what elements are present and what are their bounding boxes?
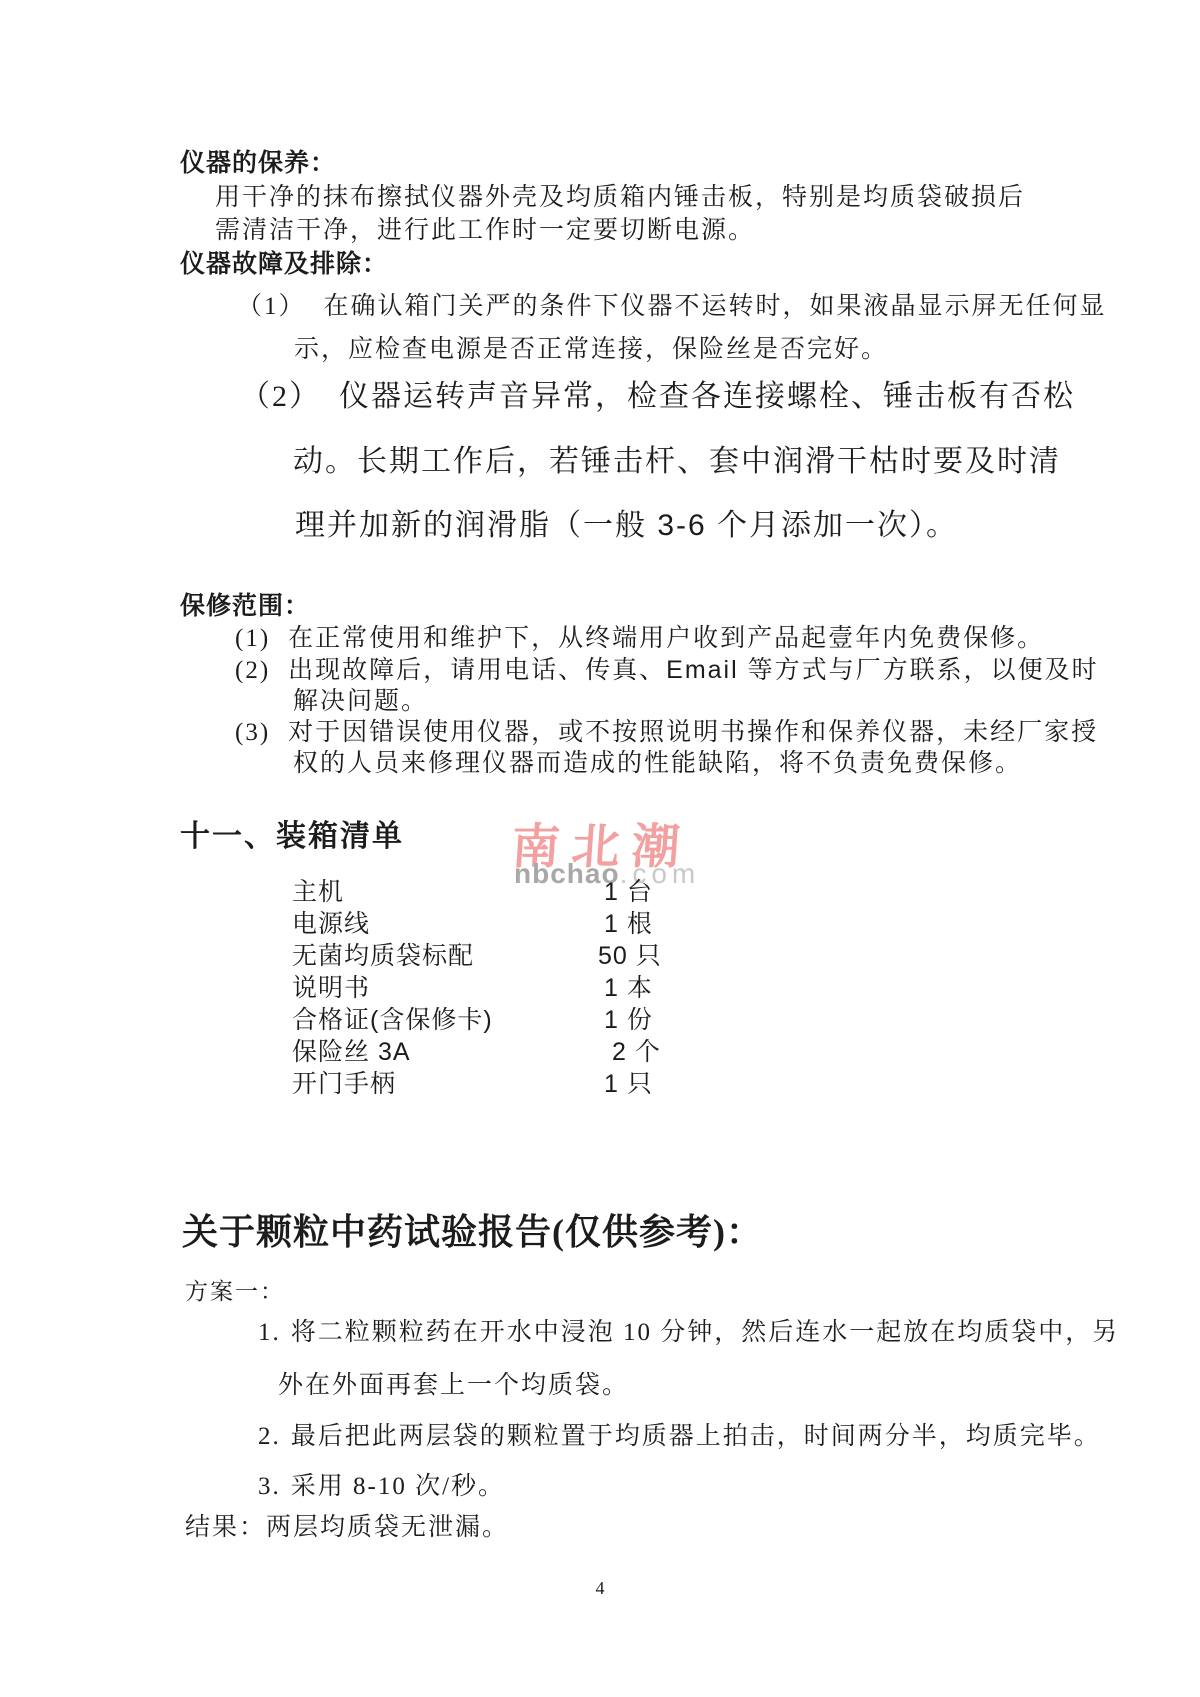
warranty-item-1-text: 在正常使用和维护下，从终端用户收到产品起壹年内免费保修。 <box>288 624 1044 652</box>
report-plan-label: 方案一： <box>185 1278 285 1307</box>
packing-item-label: 无菌均质袋标配 <box>292 942 474 970</box>
packing-item-label: 说明书 <box>292 974 370 1002</box>
troubleshooting-item-2-text: 仪器运转声音异常，检查各连接螺栓、锤击板有否松 <box>339 380 1075 413</box>
document-page: 南北潮 nbchao.com 仪器的保养： 用干净的抹布擦拭仪器外壳及均质箱内锤… <box>0 0 1200 1697</box>
troubleshooting-item-1-text: 在确认箱门关严的条件下仪器不运转时，如果液晶显示屏无任何显 <box>324 292 1107 320</box>
packing-item-label: 合格证(含保修卡) <box>292 1006 493 1034</box>
troubleshooting-item-2-line-1: （2）仪器运转声音异常，检查各连接螺栓、锤击板有否松 <box>240 378 1075 416</box>
troubleshooting-item-1-line-1: （1）在确认箱门关严的条件下仪器不运转时，如果液晶显示屏无任何显 <box>237 291 1107 322</box>
warranty-item-2-number: (2) <box>235 657 270 684</box>
warranty-item-3-number: (3) <box>235 719 270 746</box>
page-number: 4 <box>0 1578 1200 1599</box>
warranty-item-2-line-1: (2)出现故障后，请用电话、传真、Email 等方式与厂方联系，以便及时 <box>235 655 1099 686</box>
packing-item-qty: 1 本 <box>604 973 653 1004</box>
packing-row-7: 开门手柄 1 只 <box>292 1069 493 1101</box>
troubleshooting-item-1-number: （1） <box>237 293 306 320</box>
packing-list: 主机 1 台 电源线 1 根 无菌均质袋标配 50 只 说明书 1 本 合格证(… <box>292 877 493 1101</box>
packing-item-qty: 50 只 <box>598 941 662 972</box>
warranty-item-1-number: (1) <box>235 625 270 652</box>
packing-item-qty: 1 份 <box>604 1005 653 1036</box>
packing-heading: 十一、装箱清单 <box>180 818 404 856</box>
maintenance-line-1: 用干净的抹布擦拭仪器外壳及均质箱内锤击板，特别是均质袋破损后 <box>215 182 1025 213</box>
packing-item-qty: 1 只 <box>604 1069 653 1100</box>
packing-row-3: 无菌均质袋标配 50 只 <box>292 941 493 973</box>
warranty-item-1: (1)在正常使用和维护下，从终端用户收到产品起壹年内免费保修。 <box>235 623 1044 654</box>
packing-item-label: 电源线 <box>292 910 370 938</box>
troubleshooting-item-2-line-3: 理并加新的润滑脂（一般 3-6 个月添加一次）。 <box>295 507 958 545</box>
packing-item-qty: 1 台 <box>604 877 653 908</box>
packing-item-qty: 2 个 <box>612 1037 661 1068</box>
troubleshooting-item-2-line-2: 动。长期工作后，若锤击杆、套中润滑干枯时要及时清 <box>293 443 1061 481</box>
report-step-3-number: 3. <box>258 1473 281 1500</box>
maintenance-heading: 仪器的保养： <box>180 148 336 179</box>
report-step-2-number: 2. <box>258 1423 281 1450</box>
warranty-item-3-line-1: (3)对于因错误使用仪器，或不按照说明书操作和保养仪器，未经厂家授 <box>235 717 1098 748</box>
warranty-item-2-line-2: 解决问题。 <box>293 686 428 717</box>
maintenance-line-2: 需清洁干净，进行此工作时一定要切断电源。 <box>215 215 755 246</box>
report-step-3: 3.采用 8-10 次/秒。 <box>258 1471 505 1502</box>
report-step-2: 2.最后把此两层袋的颗粒置于均质器上拍击，时间两分半，均质完毕。 <box>258 1421 1101 1452</box>
packing-item-label: 开门手柄 <box>292 1070 396 1098</box>
packing-row-2: 电源线 1 根 <box>292 909 493 941</box>
troubleshooting-item-1-line-2: 示，应检查电源是否正常连接，保险丝是否完好。 <box>294 334 888 365</box>
warranty-item-3-line-2: 权的人员来修理仪器而造成的性能缺陷，将不负责免费保修。 <box>293 748 1022 779</box>
packing-row-4: 说明书 1 本 <box>292 973 493 1005</box>
packing-item-qty: 1 根 <box>604 909 653 940</box>
report-step-1-text: 将二粒颗粒药在开水中浸泡 10 分钟，然后连水一起放在均质袋中，另 <box>291 1319 1120 1346</box>
report-step-1-number: 1. <box>258 1319 281 1346</box>
warranty-heading: 保修范围： <box>180 591 310 622</box>
report-step-1-line-2: 外在外面再套上一个均质袋。 <box>278 1370 629 1401</box>
report-step-1-line-1: 1.将二粒颗粒药在开水中浸泡 10 分钟，然后连水一起放在均质袋中，另 <box>258 1317 1119 1348</box>
troubleshooting-item-2-number: （2） <box>240 380 321 413</box>
packing-item-label: 保险丝 3A <box>292 1038 411 1066</box>
report-heading: 关于颗粒中药试验报告(仅供参考)： <box>182 1210 763 1255</box>
packing-row-5: 合格证(含保修卡) 1 份 <box>292 1005 493 1037</box>
report-result: 结果：两层均质袋无泄漏。 <box>185 1512 509 1543</box>
packing-row-1: 主机 1 台 <box>292 877 493 909</box>
packing-row-6: 保险丝 3A 2 个 <box>292 1037 493 1069</box>
troubleshooting-heading: 仪器故障及排除： <box>180 249 388 280</box>
report-step-3-text: 采用 8-10 次/秒。 <box>291 1473 505 1500</box>
report-step-2-text: 最后把此两层袋的颗粒置于均质器上拍击，时间两分半，均质完毕。 <box>291 1423 1101 1450</box>
packing-item-label: 主机 <box>292 878 344 906</box>
warranty-item-3-text: 对于因错误使用仪器，或不按照说明书操作和保养仪器，未经厂家授 <box>288 718 1098 746</box>
warranty-item-2-text: 出现故障后，请用电话、传真、Email 等方式与厂方联系，以便及时 <box>288 656 1098 684</box>
